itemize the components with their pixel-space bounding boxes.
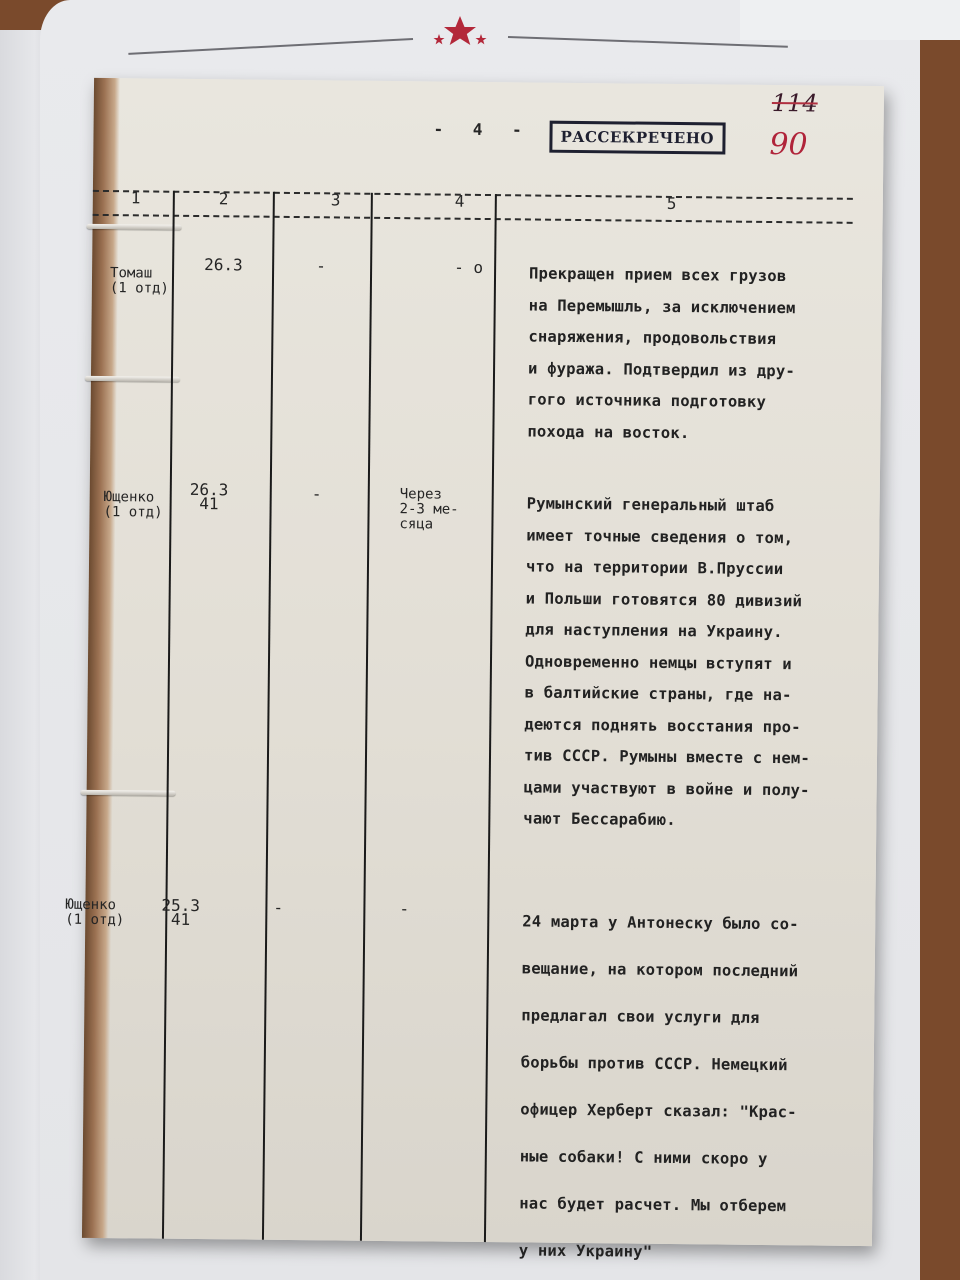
- table-top-border: [93, 190, 853, 200]
- book-header-ornament: [120, 12, 800, 52]
- declassified-stamp: РАССЕКРЕЧЕНО: [549, 121, 725, 155]
- column-divider: [162, 191, 175, 1239]
- row-1-col4: - о: [454, 260, 483, 276]
- row-2-date: 26.3 41: [190, 483, 229, 511]
- column-divider: [262, 192, 275, 1240]
- row-1-col3: -: [316, 258, 326, 274]
- column-header-1: 1: [131, 188, 141, 207]
- row-3-col4: -: [399, 901, 409, 917]
- column-divider: [484, 194, 497, 1242]
- column-divider: [360, 193, 373, 1241]
- table-header-border: [93, 214, 853, 224]
- page-number: - 4 -: [433, 119, 531, 139]
- row-2-source: Ющенко (1 отд): [103, 490, 162, 521]
- archival-document-sheet: - 4 - РАССЕКРЕЧЕНО 114 90 1 2 3 4 5 Тома…: [82, 78, 884, 1246]
- row-1-source: Томаш (1 отд): [110, 266, 169, 297]
- column-header-5: 5: [667, 194, 677, 213]
- row-1-date: 26.3: [204, 257, 243, 273]
- row-3-report-text: 24 марта у Антонеску было со- вещание, н…: [519, 898, 863, 1278]
- row-2-report-text: Румынский генеральный штаб имеет точные …: [523, 488, 867, 838]
- column-header-4: 4: [455, 192, 465, 211]
- binding-string: [87, 224, 182, 230]
- binding-string: [85, 376, 180, 382]
- row-2-col3: -: [312, 486, 322, 502]
- row-1-report-text: Прекращен прием всех грузов на Перемышль…: [527, 258, 869, 451]
- binding-string: [81, 790, 176, 796]
- three-red-stars-icon: [430, 14, 490, 50]
- row-3-source: Ющенко (1 отд): [65, 898, 124, 929]
- row-3-date: 25.3 41: [161, 899, 200, 927]
- ornament-line-right: [508, 36, 788, 48]
- column-header-3: 3: [331, 190, 341, 209]
- row-2-col4: Через 2-3 ме- сяца: [399, 487, 458, 533]
- column-header-2: 2: [219, 189, 229, 208]
- folio-number-crossed: 114: [772, 89, 818, 117]
- folio-number: 90: [769, 127, 808, 162]
- row-3-col3: -: [273, 900, 283, 916]
